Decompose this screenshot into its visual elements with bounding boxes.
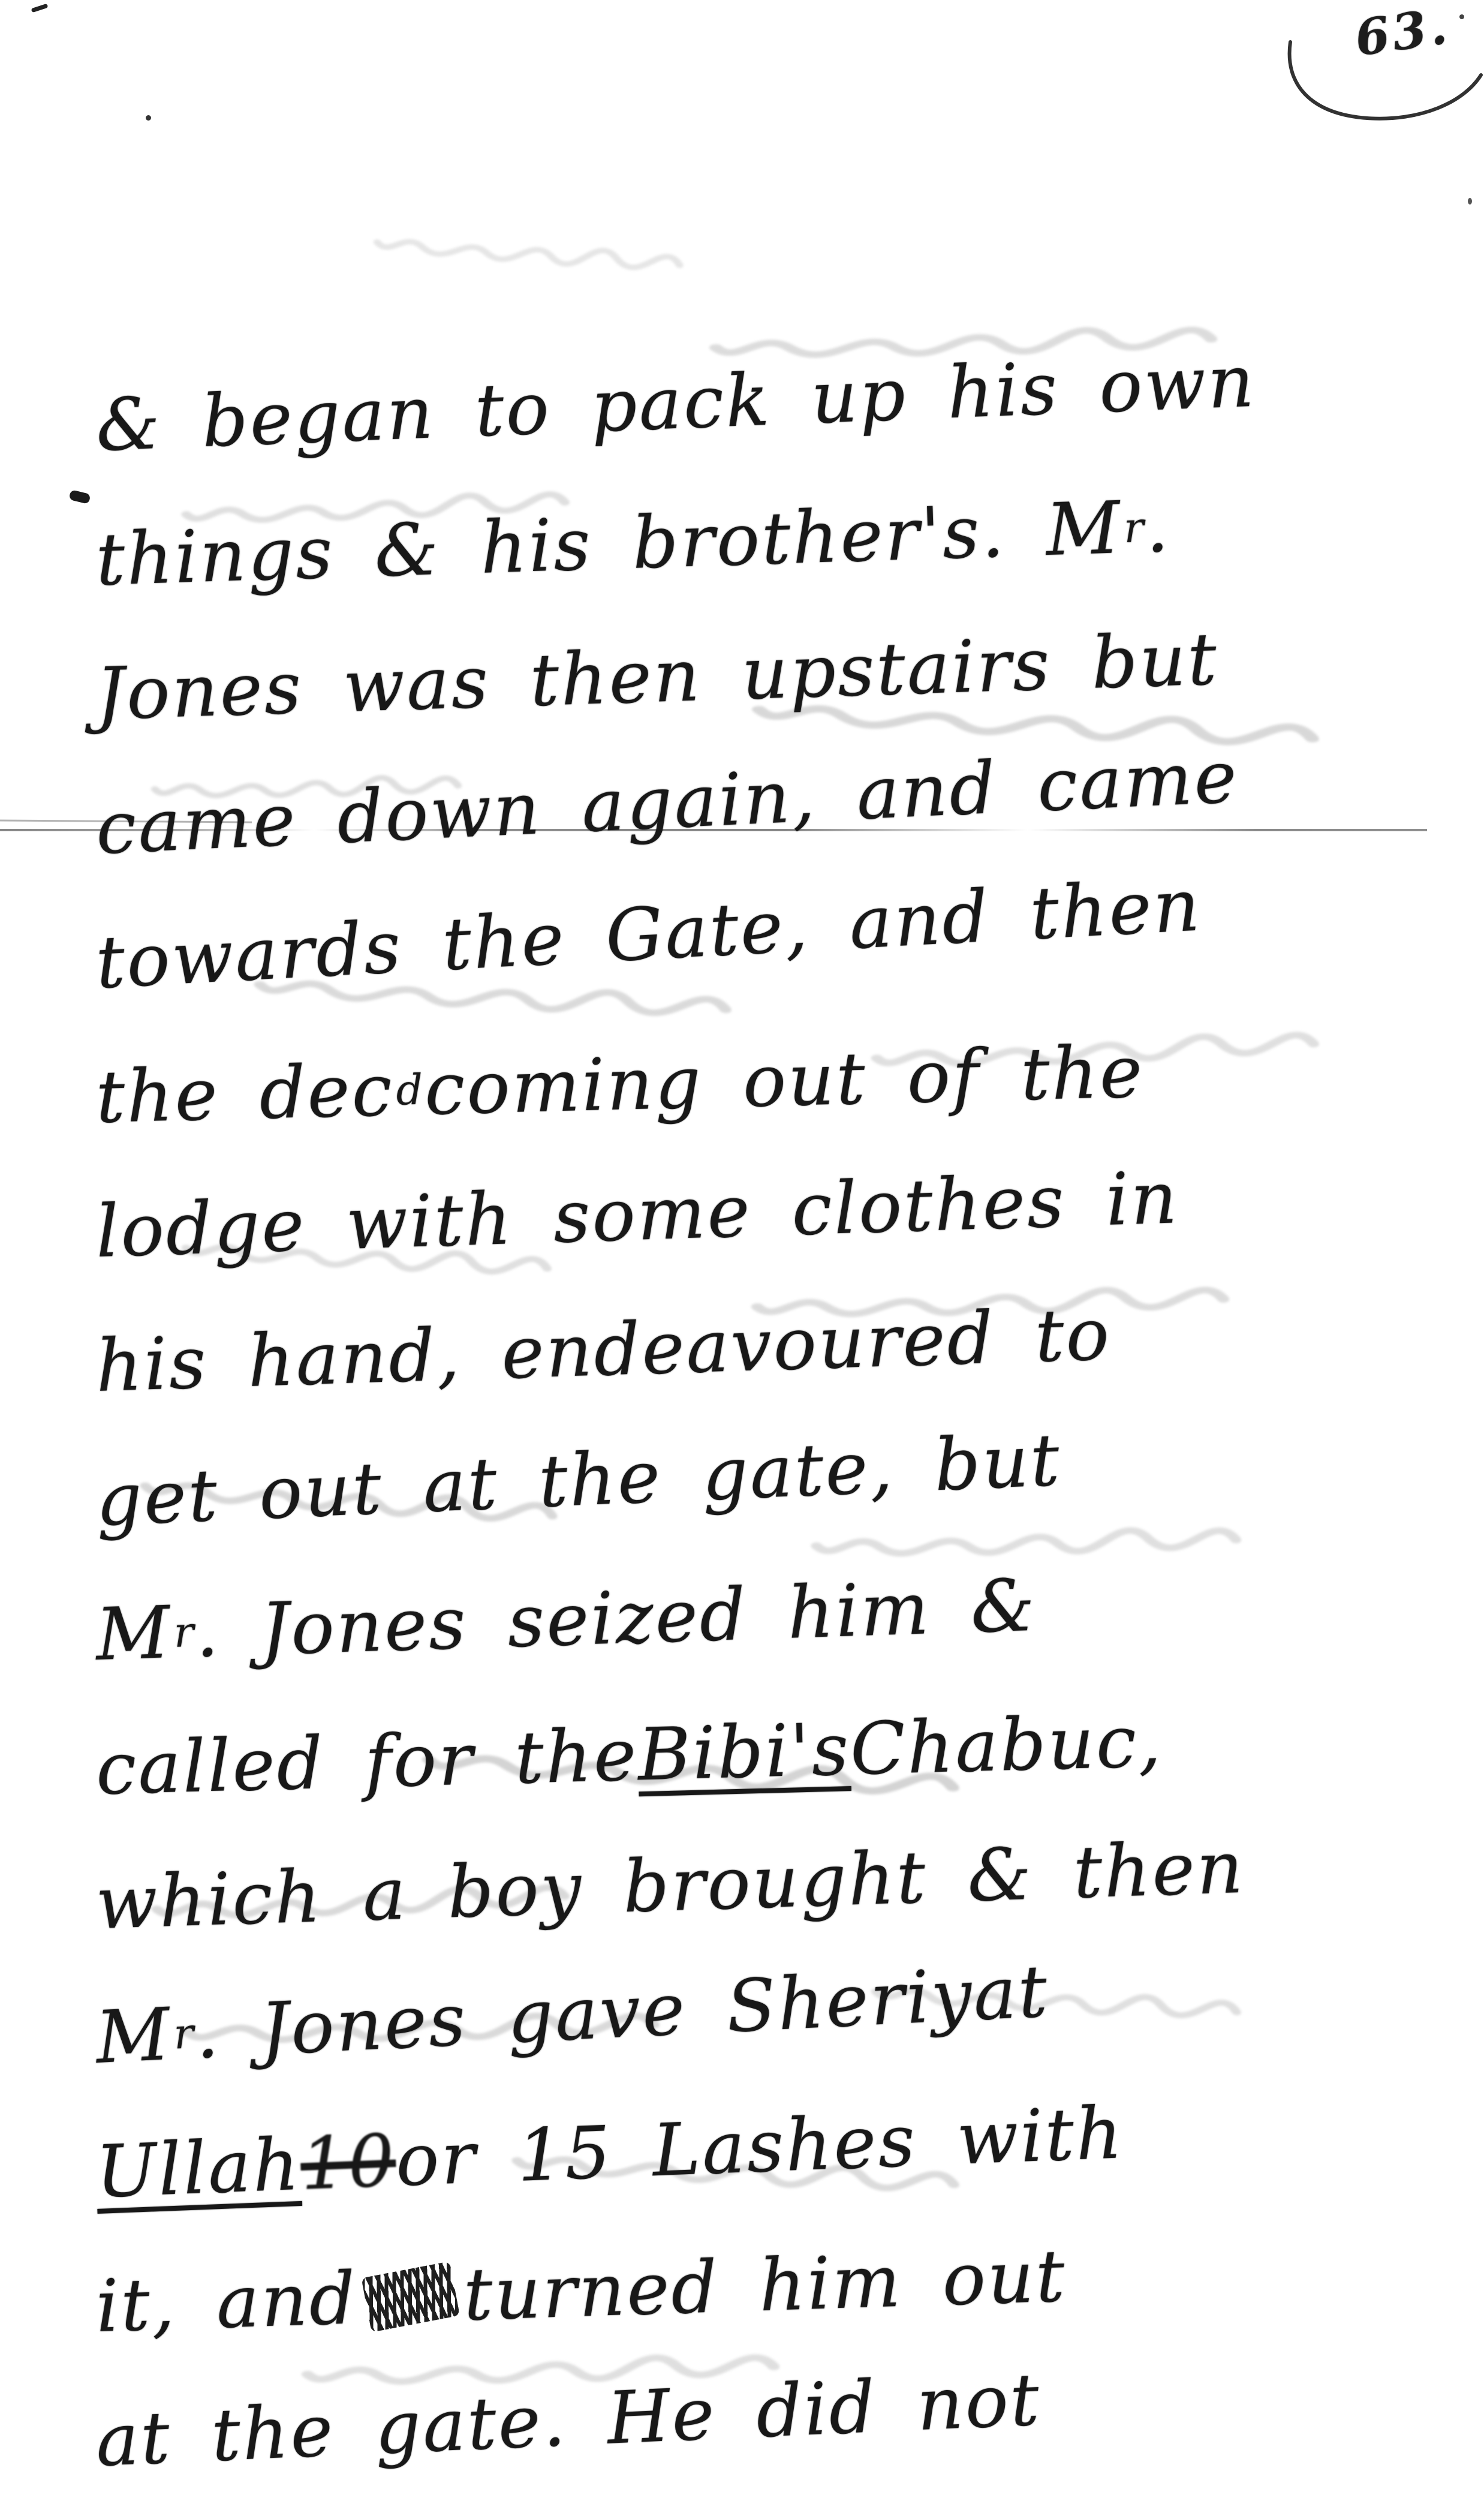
line-segment: it, and bbox=[95, 2257, 359, 2349]
line-segment: 10 bbox=[299, 2119, 398, 2206]
ink-bleed-mark bbox=[371, 220, 685, 290]
ink-speck bbox=[31, 4, 49, 13]
line-segment: Ullah bbox=[94, 2123, 302, 2214]
line-segment: M bbox=[95, 1591, 173, 1677]
line-segment: r bbox=[173, 1607, 197, 1657]
ink-speck bbox=[68, 489, 91, 504]
line-segment: turned him out bbox=[462, 2235, 1067, 2337]
manuscript-page: 63. & began to pack up his ownthings & h… bbox=[0, 0, 1484, 2519]
line-segment: coming out of the bbox=[423, 1030, 1145, 1131]
line-segment: r bbox=[1123, 503, 1146, 552]
strikeout-scribble bbox=[361, 2261, 460, 2332]
line-segment: lodge with some clothes in bbox=[95, 1156, 1180, 1274]
ink-speck bbox=[1459, 14, 1464, 19]
line-segment: called for the bbox=[95, 1714, 639, 1811]
page-number: 63. bbox=[1277, 0, 1484, 138]
ink-speck bbox=[1468, 198, 1472, 205]
line-segment: . bbox=[1144, 485, 1172, 569]
line-segment: Chabuc, bbox=[849, 1700, 1164, 1791]
flourish-arc-icon bbox=[1277, 33, 1484, 129]
line-segment: at the gate. He did not bbox=[94, 2358, 1043, 2483]
line-segment: & began to pack up his own bbox=[94, 339, 1257, 467]
line-segment: get out at the gate, but bbox=[94, 1418, 1062, 1542]
line-segment: his hand, endeavoured to bbox=[95, 1292, 1112, 1408]
line-segment: things & his brother's. M bbox=[95, 486, 1123, 602]
line-segment: or 15 Lashes with bbox=[394, 2091, 1125, 2203]
line-segment: . Jones gave Sheriyat bbox=[194, 1950, 1051, 2075]
line-segment: . Jones seized him & bbox=[194, 1564, 1038, 1673]
line-segment: the dec bbox=[95, 1048, 395, 1139]
ink-speck bbox=[146, 115, 151, 121]
line-segment: Bibi's bbox=[637, 1708, 851, 1797]
line-segment: d bbox=[396, 1065, 426, 1114]
line-segment: r bbox=[173, 2009, 197, 2058]
handwritten-text-block: & began to pack up his ownthings & his b… bbox=[96, 359, 1439, 2508]
line-segment: M bbox=[94, 1992, 174, 2079]
